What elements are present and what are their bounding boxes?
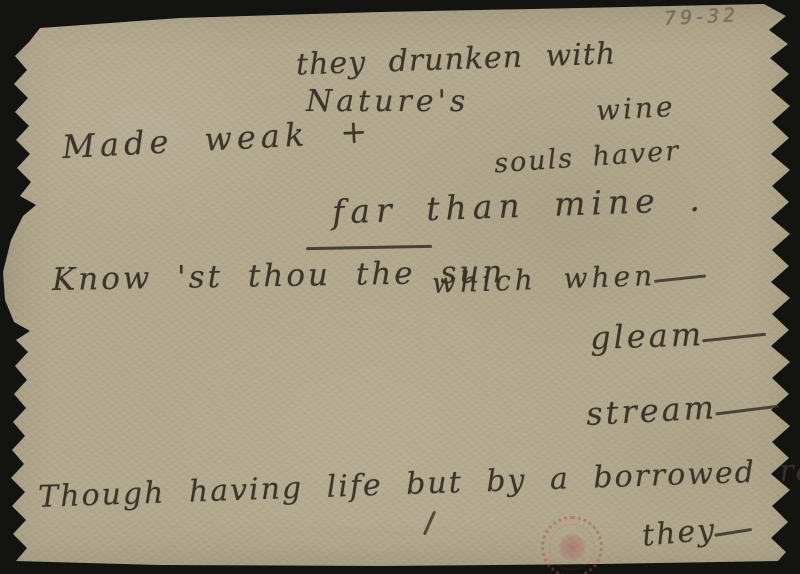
ink-flourish: [715, 405, 779, 415]
handwritten-text: they: [641, 512, 718, 553]
ink-flourish: [702, 333, 766, 342]
scanned-manuscript-photo: 79-32 they drunken with Nature's wine Ma…: [0, 0, 800, 574]
handwritten-text: gleam: [589, 315, 704, 357]
catalog-number: 79-32: [663, 4, 739, 30]
stamp-center-blob: [559, 534, 585, 560]
handwritten-line: gleam: [589, 313, 766, 357]
library-stamp-icon: [541, 516, 603, 574]
ink-flourish: [714, 528, 752, 536]
handwritten-line: wine: [595, 90, 676, 127]
handwritten-text: wine: [595, 90, 676, 127]
handwritten-text: stream: [585, 388, 718, 433]
ink-flourish: [654, 275, 706, 283]
